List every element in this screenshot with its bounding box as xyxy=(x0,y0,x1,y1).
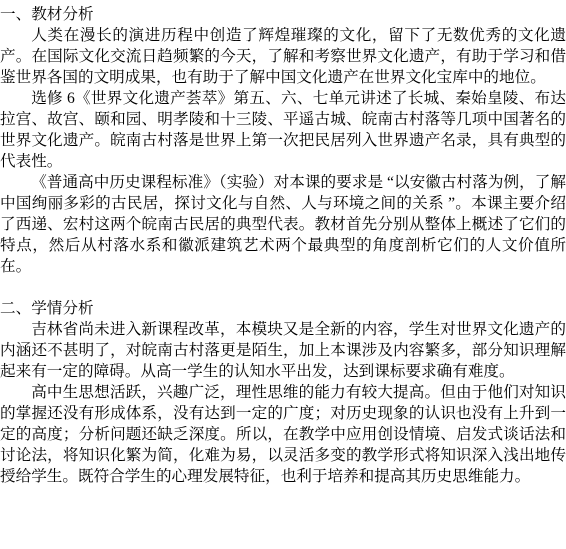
paragraph-teaching-methods: 高中生思想活跃，兴趣广泛，理性思维的能力有较大提高。但由于他们对知识的掌握还没有… xyxy=(0,382,566,487)
paragraph-curriculum-standard: 《普通高中历史课程标准》（实验）对本课的要求是 “以安徽古村落为例，了解中国绚丽… xyxy=(0,172,566,277)
section-heading-textbook-analysis: 一、教材分析 xyxy=(0,4,566,25)
paragraph-cultural-heritage-intro: 人类在漫长的演进历程中创造了辉煌璀璨的文化，留下了无数优秀的文化遗产。在国际文化… xyxy=(0,25,566,88)
paragraph-elective6-units: 选修 6《世界文化遗产荟萃》第五、六、七单元讲述了长城、秦始皇陵、布达拉宫、故宫… xyxy=(0,88,566,172)
paragraph-jilin-students: 吉林省尚未进入新课程改革，本模块又是全新的内容，学生对世界文化遗产的内涵还不甚明… xyxy=(0,319,566,382)
blank-line xyxy=(0,277,566,298)
document-page: 一、教材分析 人类在漫长的演进历程中创造了辉煌璀璨的文化，留下了无数优秀的文化遗… xyxy=(0,0,566,549)
section-heading-student-analysis: 二、学情分析 xyxy=(0,298,566,319)
